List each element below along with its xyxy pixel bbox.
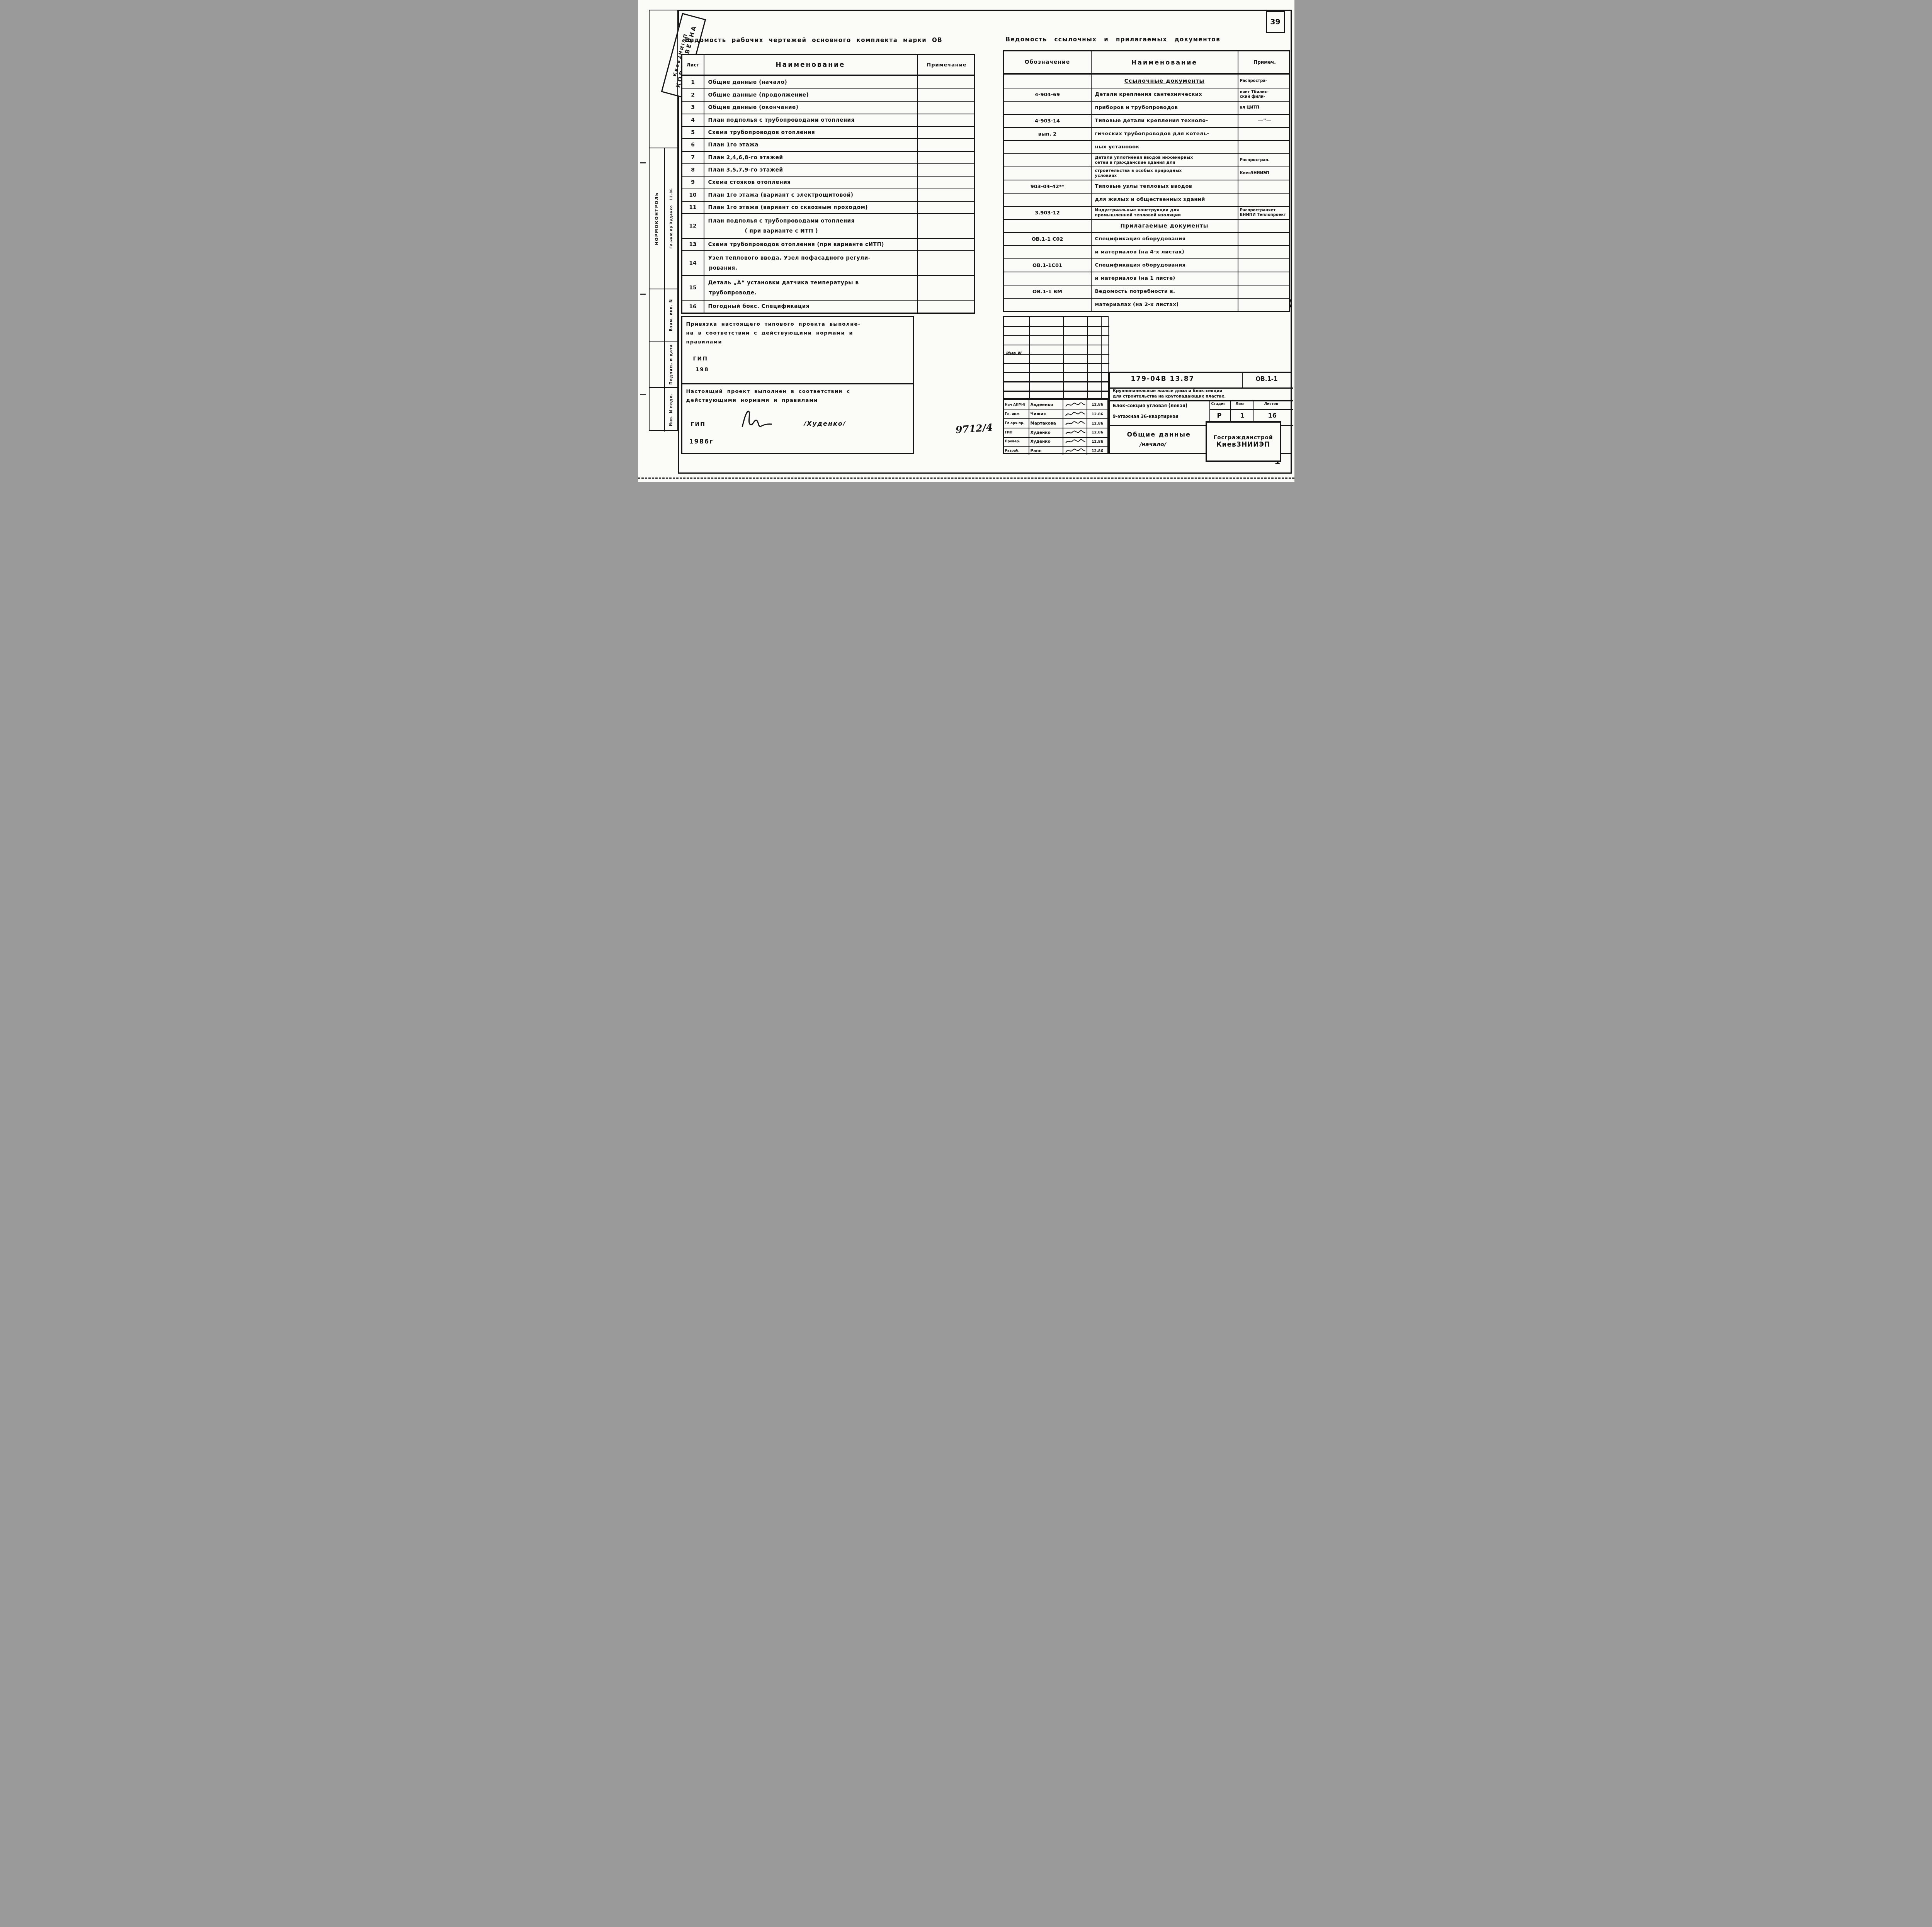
doc-name-cell: Индустриальные конструкции дляпромышленн… <box>1092 207 1238 219</box>
referenced-doc-row: ОВ.1-1 С02Спецификация оборудования <box>1004 232 1289 245</box>
note-cell <box>918 276 976 300</box>
drawing-list-row: 3Общие данные (окончание) <box>682 101 974 113</box>
drawing-name-line: Деталь „А“ установки датчика температуры… <box>708 278 913 288</box>
doc-note-cell: КиевЗНИИЭП <box>1238 167 1291 180</box>
revision-grid-line <box>1063 317 1064 400</box>
note1-gip-label: ГИП <box>693 356 708 362</box>
staff-name: Рапп <box>1029 447 1063 455</box>
doc-name-cell: и материалов (на 4-х листах) <box>1092 246 1238 258</box>
sheet-number-cell: 16 <box>682 301 704 312</box>
staff-date: 12.86 <box>1087 447 1108 455</box>
referenced-doc-row: и материалов (на 1 листе) <box>1004 272 1289 285</box>
signature-icon <box>1063 410 1086 418</box>
drawing-name-cell: План 1го этажа (вариант с электрощитовой… <box>704 189 918 201</box>
note-cell <box>918 239 976 250</box>
doc-note-cell <box>1238 272 1291 285</box>
referenced-doc-row: 4-904-69Детали крепления сантехническихн… <box>1004 88 1289 101</box>
doc-name-line: гических трубопроводов для котель- <box>1095 130 1234 138</box>
sheet-number-cell: 7 <box>682 152 704 163</box>
revision-grid-line <box>1004 372 1109 373</box>
sheets-label: Листов <box>1264 402 1278 406</box>
sheet-number-cell: 12 <box>682 214 704 238</box>
doc-note-line: —"— <box>1240 118 1290 124</box>
referenced-docs-table: Обозначение Наименование Примеч. Ссылочн… <box>1003 50 1290 312</box>
note-cell <box>918 102 976 113</box>
staff-signature-cell <box>1063 419 1087 428</box>
staff-date: 12.86 <box>1087 438 1108 446</box>
note-cell <box>918 189 976 201</box>
note-cell <box>918 76 976 88</box>
doc-name-cell: ных установок <box>1092 141 1238 153</box>
normokontrol-cell: НОРМОКОНТРОЛЬ Гл.инж.пр Худенко 12.86 <box>650 148 677 289</box>
doc-name-line: Типовые узлы тепловых вводов <box>1095 183 1234 191</box>
staff-signature-cell <box>1063 438 1087 446</box>
doc-name-cell: Прилагаемые документы <box>1092 220 1238 232</box>
drawing-name-line2: /начало/ <box>1140 442 1166 448</box>
doc-note-cell <box>1238 233 1291 245</box>
drawing-name-cell: Деталь „А“ установки датчика температуры… <box>704 276 918 300</box>
doc-name-line: Ведомость потребности в. <box>1095 288 1234 296</box>
staff-row: ГИПХуденко12.86 <box>1004 428 1107 437</box>
drawing-name-line: Схема трубопроводов отопления <box>708 127 913 138</box>
revision-grid: Инв.N <box>1003 316 1109 399</box>
revision-grid-line <box>1004 326 1109 327</box>
note2-gip-label: ГИП <box>691 421 706 427</box>
doc-name-line: материалах (на 2-х листах) <box>1095 301 1234 309</box>
staff-date: 12.86 <box>1087 410 1108 419</box>
drawing-name-line: Узел теплового ввода. Узел пофасадного р… <box>708 253 913 263</box>
drawing-name-line: План 1го этажа (вариант с электрощитовой… <box>708 190 913 200</box>
drawing-name-line: рования. <box>708 263 913 273</box>
sheet-number-cell: 4 <box>682 114 704 126</box>
doc-name-cell: Детали уплотнения вводов инженерныхсетей… <box>1092 154 1238 167</box>
vzam-inv-cell: Взам. инв. N <box>650 289 677 341</box>
designation-cell <box>1004 141 1092 153</box>
revision-grid-line <box>1004 391 1109 392</box>
drawing-name-cell: План подполья с трубопроводами отопления <box>704 114 918 126</box>
doc-note-cell <box>1238 194 1291 206</box>
drawing-list-row: 13Схема трубопроводов отопления (при вар… <box>682 238 974 250</box>
drawing-name-line1: Общие данные <box>1127 431 1191 438</box>
drawing-name-line: План подполья с трубопроводами отопления <box>708 216 913 226</box>
doc-name-cell: для жилых и общественных зданий <box>1092 194 1238 206</box>
drawing-list-row: 6План 1го этажа <box>682 138 974 151</box>
designation-cell <box>1004 167 1092 180</box>
signature-icon <box>1063 429 1086 437</box>
col-header-list: Лист <box>682 55 704 75</box>
note1-line2: на в соответствии с действующими нормами… <box>686 329 909 338</box>
staff-name: Чижик <box>1029 410 1063 419</box>
doc-note-line: ский фили- <box>1240 95 1290 99</box>
staff-date: 12.86 <box>1087 428 1108 437</box>
doc-name-line: сетей в гражданские здания для <box>1095 160 1234 165</box>
podpis-data-label: Подпись и дата <box>669 344 673 385</box>
designation-cell: вып. 2 <box>1004 128 1092 140</box>
doc-name-line: Детали уплотнения вводов инженерных <box>1095 155 1234 160</box>
revision-grid-line <box>1029 317 1030 400</box>
sheet-number-cell: 11 <box>682 202 704 213</box>
col-header-name: Наименование <box>704 55 918 75</box>
normokontrol-signer: Гл.инж.пр Худенко 12.86 <box>670 188 673 248</box>
staff-name: Худенко <box>1029 428 1063 437</box>
sheet-number-cell: 5 <box>682 127 704 138</box>
doc-name-cell: Детали крепления сантехнических <box>1092 88 1238 101</box>
drawing-name-line: трубопроводе. <box>708 288 913 298</box>
drawing-name-line: Общие данные (окончание) <box>708 102 913 112</box>
doc-note-line: ВНИПИ Теплопроект <box>1240 213 1290 218</box>
note2-line2: действующими нормами и правилами <box>686 396 909 405</box>
doc-note-cell <box>1238 128 1291 140</box>
designation-cell <box>1004 220 1092 232</box>
staff-signature-cell <box>1063 447 1087 455</box>
referenced-doc-row: Детали уплотнения вводов инженерныхсетей… <box>1004 153 1289 167</box>
drawing-name-line: План 1го этажа (вариант со сквозным прох… <box>708 202 913 212</box>
designation-cell <box>1004 154 1092 167</box>
doc-note-cell: —"— <box>1238 115 1291 127</box>
col-header-note2: Примеч. <box>1238 51 1291 73</box>
doc-name-line: строительства в особых природных <box>1095 168 1234 173</box>
doc-note-cell <box>1238 246 1291 258</box>
sheet-code: ОВ.1-1 <box>1256 376 1278 382</box>
drawing-name-line: Схема трубопроводов отопления (при вариа… <box>708 240 913 250</box>
referenced-doc-row: и материалов (на 4-х листах) <box>1004 245 1289 258</box>
doc-note-cell <box>1238 180 1291 193</box>
doc-name-line: для жилых и общественных зданий <box>1095 196 1234 204</box>
sheet-number-cell: 8 <box>682 164 704 176</box>
sheet-number-cell: 3 <box>682 102 704 113</box>
signature-icon <box>1063 420 1086 427</box>
signature-icon <box>1063 438 1086 445</box>
referenced-doc-row: 3.903-12Индустриальные конструкции дляпр… <box>1004 206 1289 219</box>
doc-name-cell: и материалов (на 1 листе) <box>1092 272 1238 285</box>
notes-block: Привязка настоящего типового проекта вып… <box>681 316 914 454</box>
col-header-designation: Обозначение <box>1004 51 1092 73</box>
staff-role: Гл.арх.пр. <box>1004 419 1029 428</box>
referenced-doc-row: строительства в особых природныхусловиях… <box>1004 167 1289 180</box>
doc-name-line: и материалов (на 1 листе) <box>1095 275 1234 283</box>
drawing-list-row: 12План подполья с трубопроводами отоплен… <box>682 213 974 238</box>
drawing-list-row: 7План 2,4,6,8-го этажей <box>682 151 974 163</box>
staff-row: Гл.арх.пр.Мартакова12.86 <box>1004 418 1107 428</box>
drawing-list-row: 5Схема трубопроводов отопления <box>682 126 974 138</box>
revision-grid-line <box>1004 345 1109 346</box>
referenced-doc-row: 4-903-14Типовые детали крепления техноло… <box>1004 114 1289 127</box>
doc-name-line: приборов и трубопроводов <box>1095 104 1234 112</box>
note-cell <box>918 251 976 275</box>
note-binding: Привязка настоящего типового проекта вып… <box>682 317 913 384</box>
staff-role: Провер. <box>1004 438 1029 446</box>
note2-signer-name: /Худенко/ <box>804 420 846 427</box>
designation-cell: 4-903-14 <box>1004 115 1092 127</box>
designation-cell: ОВ.1-1С01 <box>1004 259 1092 272</box>
staff-name: Мартакова <box>1029 419 1063 428</box>
drawing-name-cell: Погодный бокс. Спецификация <box>704 301 918 312</box>
drawing-name-line: ( при варианте с ИТП ) <box>708 226 913 236</box>
drawing-name-cell: План 1го этажа <box>704 139 918 151</box>
note1-line1: Привязка настоящего типового проекта вып… <box>686 320 909 329</box>
designation-cell: 3.903-12 <box>1004 207 1092 219</box>
drawing-name-line: Общие данные (продолжение) <box>708 90 913 100</box>
doc-name-line: Спецификация оборудования <box>1095 235 1234 243</box>
note-cell <box>918 301 976 312</box>
drawing-name-cell: Узел теплового ввода. Узел пофасадного р… <box>704 251 918 275</box>
drawing-name-cell: Схема трубопроводов отопления <box>704 127 918 138</box>
bottom-dashed-line <box>638 478 1294 479</box>
sheet-number-cell: 15 <box>682 276 704 300</box>
note-cell <box>918 127 976 138</box>
drawing-list-row: 10План 1го этажа (вариант с электрощитов… <box>682 189 974 201</box>
staff-signature-cell <box>1063 410 1087 419</box>
doc-name-line: Типовые детали крепления техноло- <box>1095 117 1234 125</box>
designation-cell: ОВ.1-1 ВМ <box>1004 285 1092 298</box>
drawing-list-row: 11План 1го этажа (вариант со сквозным пр… <box>682 201 974 213</box>
staff-name: Худенко <box>1029 438 1063 446</box>
staff-name: Авдеенко <box>1029 400 1063 410</box>
doc-name-cell: Ссылочные документы <box>1092 75 1238 88</box>
margin-tick <box>640 162 646 163</box>
drawing-list-row: 1Общие данные (начало) <box>682 76 974 88</box>
sheet-number-cell: 2 <box>682 89 704 101</box>
drawing-list-row: 15Деталь „А“ установки датчика температу… <box>682 275 974 300</box>
vzam-inv-label: Взам. инв. N <box>669 299 673 331</box>
designation-cell: ОВ.1-1 С02 <box>1004 233 1092 245</box>
inv-podl-label: Инв. N подл. <box>669 393 673 427</box>
doc-note-cell: ал ЦИТП <box>1238 102 1291 114</box>
doc-note-line: Распространяет <box>1240 208 1290 213</box>
doc-name-cell: Типовые детали крепления техноло- <box>1092 115 1238 127</box>
note-cell <box>918 152 976 163</box>
inv-podl-cell: Инв. N подл. <box>650 387 677 432</box>
staff-signature-cell <box>1063 400 1087 410</box>
doc-number: 179-04В 13.87 <box>1131 375 1195 383</box>
organization-line2: КиевЗНИИЭП <box>1216 441 1270 449</box>
drawing-list-row: 14Узел теплового ввода. Узел пофасадного… <box>682 250 974 275</box>
drawing-name-cell: План 3,5,7,9-го этажей <box>704 164 918 176</box>
doc-name-line: и материалов (на 4-х листах) <box>1095 248 1234 257</box>
revision-grid-line <box>1087 317 1088 400</box>
organization-box: Госгражданстрой КиевЗНИИЭП <box>1206 421 1281 462</box>
sheet-label: Лист <box>1236 402 1245 406</box>
doc-note-cell <box>1238 259 1291 272</box>
note-cell <box>918 177 976 188</box>
designation-cell <box>1004 272 1092 285</box>
referenced-doc-row: 903-04-42**Типовые узлы тепловых вводов <box>1004 180 1289 193</box>
staff-row: Гл. инжЧижик12.86 <box>1004 410 1107 419</box>
drawing-name-cell: Общие данные (начало) <box>704 76 918 88</box>
note2-year: 1986г <box>689 438 714 445</box>
object-line1: Блок-секция угловая (левая) <box>1113 403 1187 408</box>
drawing-name-cell: План 1го этажа (вариант со сквозным прох… <box>704 202 918 213</box>
doc-name-cell: приборов и трубопроводов <box>1092 102 1238 114</box>
note-cell <box>918 214 976 238</box>
doc-note-line: няет Тбилис- <box>1240 90 1290 95</box>
doc-name-line: условиях <box>1095 173 1234 178</box>
note1-gip-number: 198 <box>696 367 709 373</box>
doc-name-cell: строительства в особых природныхусловиях <box>1092 167 1238 180</box>
drawing-list-row: 16Погодный бокс. Спецификация <box>682 300 974 312</box>
doc-note-cell: няет Тбилис-ский фили- <box>1238 88 1291 101</box>
staff-signature-cell <box>1063 428 1087 437</box>
drawing-name-line: План подполья с трубопроводами отопления <box>708 115 913 125</box>
drawing-name-cell: Общие данные (окончание) <box>704 102 918 113</box>
note-cell <box>918 139 976 151</box>
doc-note-line: ал ЦИТП <box>1240 105 1290 110</box>
working-drawings-table: Лист Наименование Примечание 1Общие данн… <box>681 54 975 314</box>
staff-date: 12.86 <box>1087 400 1108 410</box>
staff-row: Разраб.Рапп12.86 <box>1004 446 1107 455</box>
designation-cell: 4-904-69 <box>1004 88 1092 101</box>
doc-name-line: Спецификация оборудования <box>1095 262 1234 270</box>
staff-role: Разраб. <box>1004 447 1029 455</box>
revision-grid-line <box>1004 363 1109 364</box>
sheet-number-cell: 9 <box>682 177 704 188</box>
referenced-doc-row: приборов и трубопроводовал ЦИТП <box>1004 101 1289 114</box>
designation-cell <box>1004 75 1092 88</box>
doc-name-cell: материалах (на 2-х листах) <box>1092 299 1238 311</box>
referenced-docs-header: Обозначение Наименование Примеч. <box>1004 51 1289 75</box>
margin-tick <box>640 294 646 295</box>
drawing-name-cell: План 2,4,6,8-го этажей <box>704 152 918 163</box>
doc-name-line: ных установок <box>1095 143 1234 151</box>
doc-note-line: Распростра- <box>1240 79 1290 83</box>
referenced-doc-row: Прилагаемые документы <box>1004 219 1289 232</box>
drawing-name-line: Схема стояков отопления <box>708 177 913 187</box>
col-header-note: Примечание <box>918 55 976 75</box>
referenced-doc-row: вып. 2гических трубопроводов для котель- <box>1004 127 1289 140</box>
doc-note-cell <box>1238 285 1291 298</box>
drawing-name-line: План 3,5,7,9-го этажей <box>708 165 913 175</box>
note-compliance: Настоящий проект выполнен в соответствии… <box>682 384 913 455</box>
staff-role: Гл. инж <box>1004 410 1029 419</box>
doc-name-line: Ссылочные документы <box>1124 77 1204 85</box>
designation-cell <box>1004 299 1092 311</box>
staff-date: 12.86 <box>1087 419 1108 428</box>
scanned-drawing-sheet: КиевЗНИіЭП КОПИЯ ВЕРНА НОРМОКОНТРОЛЬ Гл.… <box>638 0 1294 482</box>
referenced-doc-row: ОВ.1-1 ВМВедомость потребности в. <box>1004 285 1289 298</box>
drawing-list-row: 8План 3,5,7,9-го этажей <box>682 163 974 176</box>
drawing-name-cell: Общие данные (продолжение) <box>704 89 918 101</box>
drawing-list-row: 4План подполья с трубопроводами отоплени… <box>682 114 974 126</box>
doc-note-line: Распростран. <box>1240 158 1290 163</box>
revision-grid-line <box>1004 335 1109 336</box>
designation-cell <box>1004 246 1092 258</box>
project-title-line1: Крупнопанельные жилые дома и блок-секции <box>1113 389 1223 393</box>
gip-signature <box>729 408 794 432</box>
designation-cell <box>1004 102 1092 114</box>
doc-note-cell: Распростран. <box>1238 154 1291 167</box>
doc-name-cell: Типовые узлы тепловых вводов <box>1092 180 1238 193</box>
organization-line1: Госгражданстрой <box>1214 435 1273 441</box>
doc-name-line: Индустриальные конструкции для <box>1095 208 1234 213</box>
doc-note-cell <box>1238 220 1291 232</box>
left-margin-strip: НОРМОКОНТРОЛЬ Гл.инж.пр Худенко 12.86 Вз… <box>649 10 678 431</box>
note-cell <box>918 89 976 101</box>
sheet-value: 1 <box>1240 412 1245 419</box>
doc-name-cell: Спецификация оборудования <box>1092 259 1238 272</box>
staff-row: Нач АПМ-8Авдеенко12.86 <box>1004 400 1107 410</box>
working-drawings-title: Ведомость рабочих чертежей основного ком… <box>685 37 943 44</box>
note-cell <box>918 114 976 126</box>
doc-note-cell <box>1238 299 1291 311</box>
signature-icon <box>1063 401 1086 409</box>
note1-line3: правилами <box>686 338 909 347</box>
podpis-data-cell: Подпись и дата <box>650 341 677 387</box>
doc-name-cell: гических трубопроводов для котель- <box>1092 128 1238 140</box>
drawing-name-cell: Схема трубопроводов отопления (при вариа… <box>704 239 918 250</box>
referenced-doc-row: для жилых и общественных зданий <box>1004 193 1289 206</box>
sheet-number-cell: 14 <box>682 251 704 275</box>
note-cell <box>918 164 976 176</box>
note2-line1: Настоящий проект выполнен в соответствии… <box>686 387 909 396</box>
staff-role: Нач АПМ-8 <box>1004 400 1029 410</box>
doc-name-line: Детали крепления сантехнических <box>1095 91 1234 99</box>
doc-name-line: Прилагаемые документы <box>1121 222 1209 230</box>
revision-grid-line <box>1004 354 1109 355</box>
margin-tick <box>640 394 646 395</box>
revision-grid-line <box>1004 381 1109 382</box>
drawing-name-line: План 1го этажа <box>708 140 913 150</box>
working-drawings-header: Лист Наименование Примечание <box>682 55 974 76</box>
doc-note-cell: Распростра- <box>1238 75 1291 88</box>
object-line2: 9-этажная 36-квартирная <box>1113 414 1179 419</box>
sheet-number-cell: 10 <box>682 189 704 201</box>
drawing-name-line: Общие данные (начало) <box>708 77 913 87</box>
referenced-doc-row: материалах (на 2-х листах) <box>1004 298 1289 311</box>
revision-grid-line <box>1101 317 1102 400</box>
doc-note-line: КиевЗНИИЭП <box>1240 171 1290 176</box>
note-cell <box>918 202 976 213</box>
drawing-list-row: 9Схема стояков отопления <box>682 176 974 188</box>
col-header-name2: Наименование <box>1092 51 1238 73</box>
sheet-number-box: 39 <box>1266 11 1285 33</box>
project-title-line2: для строительства на крутопадающих пласт… <box>1113 394 1226 399</box>
signature-icon <box>1063 447 1086 455</box>
doc-name-cell: Ведомость потребности в. <box>1092 285 1238 298</box>
sheet-number-cell: 1 <box>682 76 704 88</box>
staff-role: ГИП <box>1004 428 1029 437</box>
stage-value: Р <box>1217 412 1222 419</box>
staff-table: Нач АПМ-8Авдеенко12.86Гл. инжЧижик12.86Г… <box>1003 399 1109 454</box>
drawing-name-cell: План подполья с трубопроводами отопления… <box>704 214 918 238</box>
doc-note-cell <box>1238 141 1291 153</box>
sheet-number-cell: 6 <box>682 139 704 151</box>
designation-cell <box>1004 194 1092 206</box>
staff-row: Провер.Худенко12.86 <box>1004 437 1107 446</box>
referenced-docs-title: Ведомость ссылочных и прилагаемых докуме… <box>1006 36 1221 43</box>
drawing-name-line: План 2,4,6,8-го этажей <box>708 153 913 163</box>
doc-name-cell: Спецификация оборудования <box>1092 233 1238 245</box>
referenced-doc-row: ОВ.1-1С01Спецификация оборудования <box>1004 258 1289 272</box>
drawing-name-line: Погодный бокс. Спецификация <box>708 301 913 311</box>
sheets-value: 16 <box>1268 412 1277 419</box>
sheet-number-cell: 13 <box>682 239 704 250</box>
normokontrol-label: НОРМОКОНТРОЛЬ <box>655 192 659 245</box>
designation-cell: 903-04-42** <box>1004 180 1092 193</box>
doc-note-cell: РаспространяетВНИПИ Теплопроект <box>1238 207 1291 219</box>
drawing-name-cell: Схема стояков отопления <box>704 177 918 188</box>
drawing-list-row: 2Общие данные (продолжение) <box>682 88 974 101</box>
stage-label: Стадия <box>1211 402 1226 406</box>
referenced-doc-row: Ссылочные документыРаспростра- <box>1004 75 1289 88</box>
referenced-doc-row: ных установок <box>1004 140 1289 153</box>
doc-name-line: промышленной тепловой изоляции <box>1095 213 1234 218</box>
